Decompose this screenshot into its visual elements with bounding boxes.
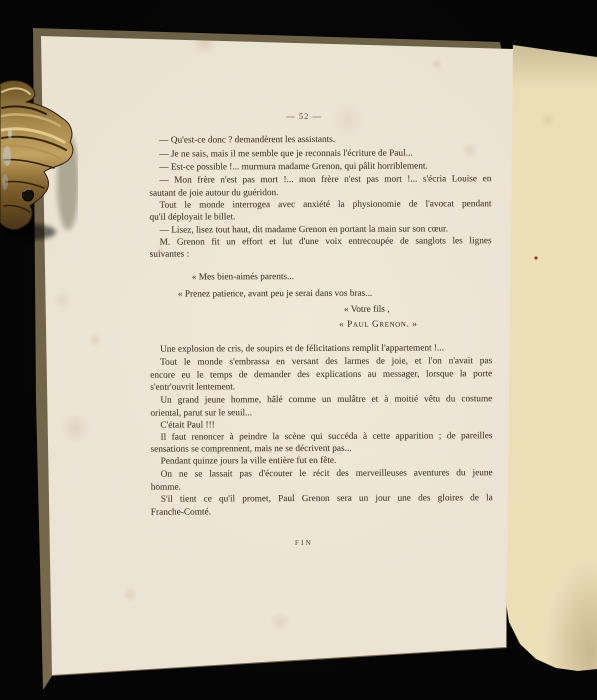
text-line: — Mon frère n'est pas mort !... mon frèr… xyxy=(159,174,491,185)
text-line: — Lisez, lisez tout haut, dit madame Gre… xyxy=(160,224,448,235)
text-line: encore eu le temps de demander des expli… xyxy=(150,369,492,380)
fin-label: FIN xyxy=(295,538,313,547)
text-line: « Paul Grenon. » xyxy=(339,319,418,329)
text-line: sautant de joie autour du guéridon. xyxy=(149,188,278,199)
text-line: Il faut renoncer à peindre la scène qui … xyxy=(160,431,492,442)
text-line: Une explosion de cris, de soupirs et de … xyxy=(160,343,444,354)
text-line: qu'il déployait le billet. xyxy=(149,212,235,222)
text-line: S'il tient ce qu'il promet, Paul Grenon … xyxy=(161,493,493,504)
text-line: oriental, parut sur le seuil... xyxy=(150,408,252,418)
text-line: s'entr'ouvrit lentement. xyxy=(150,382,235,392)
text-line: Tout le monde interrogea avec anxiété la… xyxy=(159,199,491,210)
text-line: — Je ne sais, mais il me semble que je r… xyxy=(159,149,412,160)
text-line: « Votre fils , xyxy=(344,305,390,315)
page-number: — 52 — xyxy=(286,111,322,121)
text-line: — Est-ce possible !... murmura madame Gr… xyxy=(159,161,428,172)
text-line: C'était Paul !!! xyxy=(160,420,214,430)
text-line: Tout le monde s'embrassa en versant des … xyxy=(160,356,492,367)
text-line: homme. xyxy=(151,483,181,493)
text-line: M. Grenon fit un effort et lut d'une voi… xyxy=(160,236,492,247)
text-line: On ne se lassait pas d'écouter le récit … xyxy=(161,468,493,479)
open-book-photo: — 52 — — Qu'est-ce donc ? demandèrent le… xyxy=(0,0,597,700)
text-line: sensations se comprennent, mais ne se dé… xyxy=(150,444,351,455)
text-line: Pendant quinze jours la ville entière fu… xyxy=(161,456,337,467)
text-line: « Prenez patience, avant peu je serai da… xyxy=(178,289,372,300)
brass-clasp-icon xyxy=(0,64,78,242)
text-line: suivantes : xyxy=(150,249,190,259)
text-line: Franche-Comté. xyxy=(151,507,211,517)
text-line: Un grand jeune homme, hâlé comme un mulâ… xyxy=(160,394,492,405)
text-line: « Mes bien-aimés parents... xyxy=(192,272,294,282)
page-text-layer: — 52 — — Qu'est-ce donc ? demandèrent le… xyxy=(0,0,597,700)
text-line: — Qu'est-ce donc ? demandèrent les assis… xyxy=(159,135,335,146)
body-text: — Qu'est-ce donc ? demandèrent les assis… xyxy=(0,0,596,1)
